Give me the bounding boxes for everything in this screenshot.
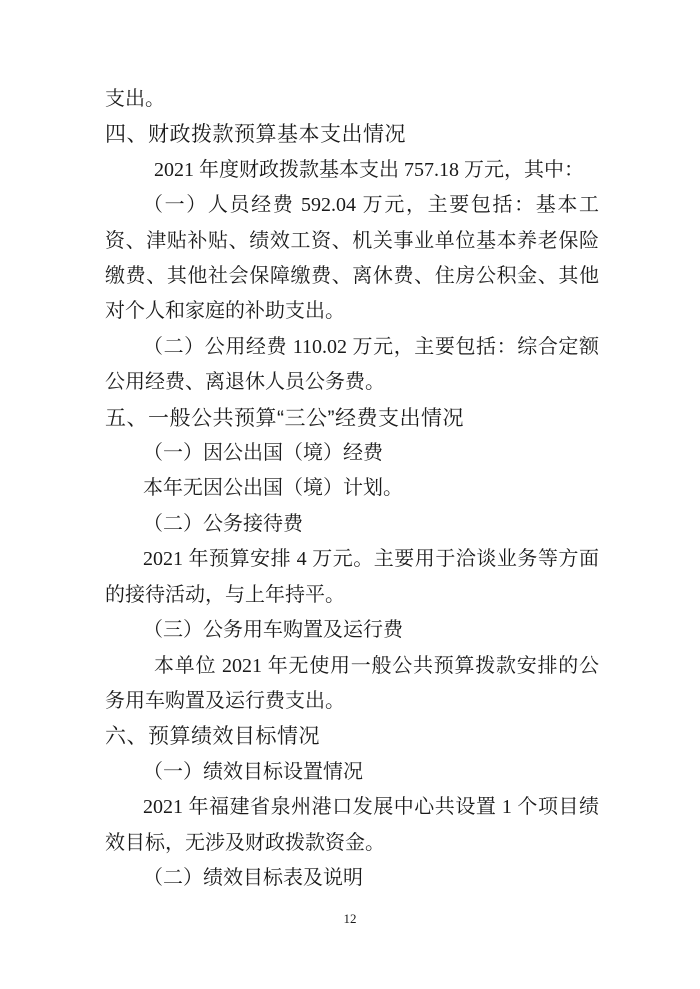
- paragraph-spillover: 支出。: [105, 82, 599, 117]
- sub-heading-vehicle-fee: （三）公务用车购置及运行费: [105, 613, 599, 648]
- paragraph-personnel-funds: （一）人员经费 592.04 万元，主要包括：基本工资、津贴补贴、绩效工资、机关…: [105, 188, 599, 330]
- section-heading-5: 五、一般公共预算“三公”经费支出情况: [105, 401, 599, 436]
- paragraph-performance-statement: 2021 年福建省泉州港口发展中心共设置 1 个项目绩效目标，无涉及财政拨款资金…: [105, 790, 599, 861]
- sub-heading-performance-targets: （一）绩效目标设置情况: [105, 755, 599, 790]
- sub-heading-abroad-funds: （一）因公出国（境）经费: [105, 436, 599, 471]
- document-body: 支出。 四、财政拨款预算基本支出情况 2021 年度财政拨款基本支出 757.1…: [105, 82, 599, 896]
- paragraph-vehicle-statement: 本单位 2021 年无使用一般公共预算拨款安排的公务用车购置及运行费支出。: [105, 649, 599, 720]
- paragraph-basic-expenditure-total: 2021 年度财政拨款基本支出 757.18 万元，其中：: [105, 153, 599, 188]
- sub-heading-reception-fee: （二）公务接待费: [105, 507, 599, 542]
- section-heading-6: 六、预算绩效目标情况: [105, 719, 599, 754]
- sub-heading-performance-table: （二）绩效目标表及说明: [105, 861, 599, 896]
- page-number: 12: [0, 910, 700, 928]
- document-page: 支出。 四、财政拨款预算基本支出情况 2021 年度财政拨款基本支出 757.1…: [0, 0, 700, 989]
- section-heading-4: 四、财政拨款预算基本支出情况: [105, 117, 599, 152]
- paragraph-public-funds: （二）公用经费 110.02 万元，主要包括：综合定额公用经费、离退休人员公务费…: [105, 330, 599, 401]
- paragraph-abroad-plan: 本年无因公出国（境）计划。: [105, 471, 599, 506]
- paragraph-reception-budget: 2021 年预算安排 4 万元。主要用于洽谈业务等方面的接待活动，与上年持平。: [105, 542, 599, 613]
